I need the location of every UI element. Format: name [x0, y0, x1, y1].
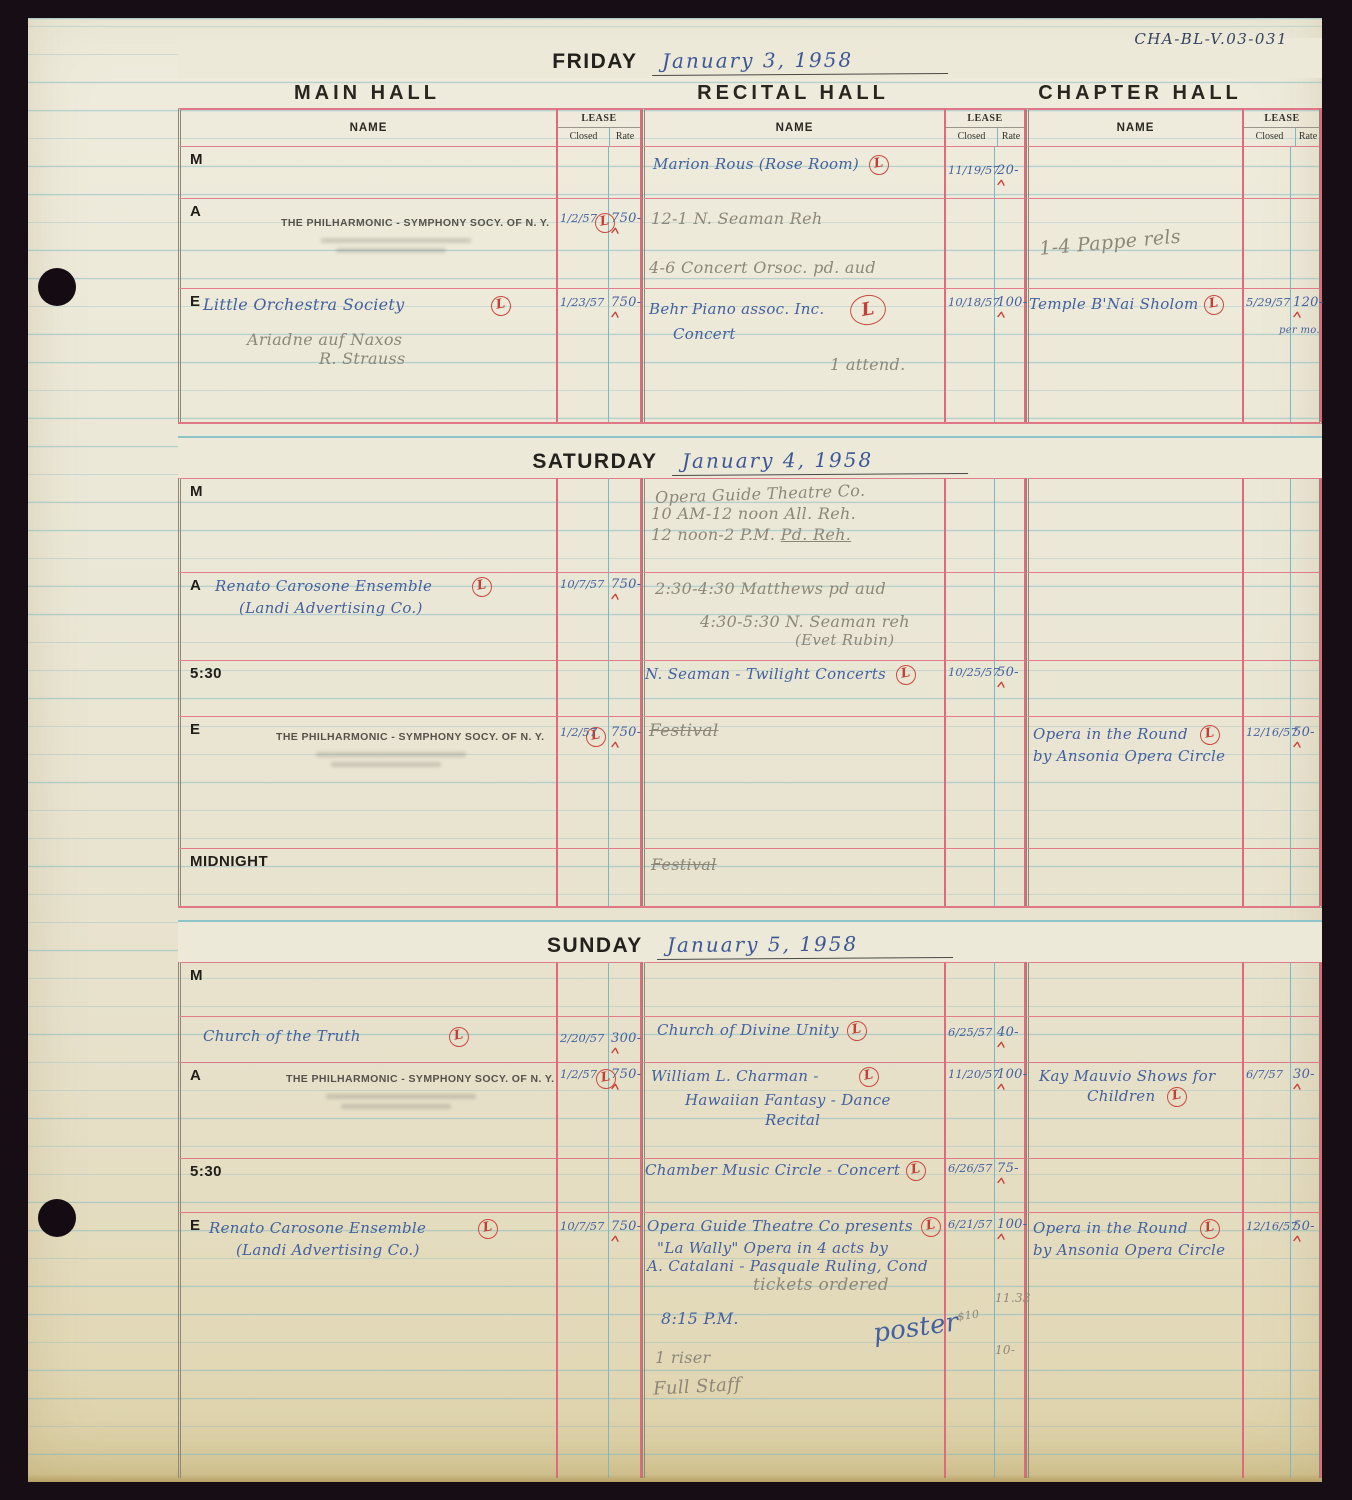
entry-line: Renato Carosone EnsembleL	[209, 1219, 556, 1239]
lease-closed-cell-recital	[944, 572, 994, 660]
stamp-smudge	[341, 1104, 451, 1109]
entry-text: Pd. Reh.	[781, 525, 852, 544]
entry-line: Hawaiian Fantasy - Dance	[685, 1091, 944, 1109]
time-label: MIDNIGHT	[190, 853, 268, 870]
lease-rate-cell-recital	[994, 962, 1026, 1016]
lease-closed-value: 1/2/57	[560, 1067, 608, 1081]
check-mark: ＾	[606, 1045, 625, 1060]
entry-line: Kay Mauvio Shows for	[1039, 1067, 1242, 1085]
header-name-cell: NAME	[1026, 108, 1242, 146]
name-cell-main: 5:30	[178, 660, 556, 716]
archive-code: CHA-BL-V.03-031	[1134, 30, 1288, 48]
entry-text: THE PHILHARMONIC - SYMPHONY SOCY. OF N. …	[276, 731, 544, 743]
time-label: E	[190, 721, 201, 738]
entry-line: Opera in the RoundL	[1033, 1219, 1242, 1239]
entry-text: Opera Guide Theatre Co presents	[647, 1217, 913, 1235]
circle-l-mark: L	[471, 575, 494, 598]
header-closed-label: Closed	[946, 128, 998, 146]
entry-text: THE PHILHARMONIC - SYMPHONY SOCY. OF N. …	[281, 217, 549, 229]
entry-line: R. Strauss	[319, 349, 556, 368]
circle-l-mark: L	[894, 663, 917, 686]
entry-text: Behr Piano assoc. Inc.	[649, 300, 824, 318]
name-cell-recital: 2:30-4:30 Matthews pd aud4:30-5:30 N. Se…	[642, 572, 944, 660]
date-value: January 3, 1958	[651, 47, 947, 76]
entry-text: THE PHILHARMONIC - SYMPHONY SOCY. OF N. …	[286, 1073, 554, 1085]
name-cell-chapter: Opera in the RoundLby Ansonia Opera Circ…	[1026, 716, 1242, 848]
circle-l-mark: L	[848, 292, 889, 328]
name-cell-chapter	[1026, 848, 1242, 906]
name-cell-main: 5:30	[178, 1158, 556, 1212]
name-cell-chapter	[1026, 478, 1242, 572]
circle-l-mark: L	[1203, 293, 1226, 316]
name-cell-recital	[642, 962, 944, 1016]
entry-text: Temple B'Nai Sholom	[1029, 295, 1198, 313]
name-cell-main: ETHE PHILHARMONIC - SYMPHONY SOCY. OF N.…	[178, 716, 556, 848]
name-cell-chapter	[1026, 1016, 1242, 1062]
ledger-content: FRIDAYJanuary 3, 1958MAIN HALLRECITAL HA…	[178, 18, 1322, 1478]
lease-rate-cell-main: 750-＾	[608, 288, 642, 422]
lease-closed-cell-recital	[944, 478, 994, 572]
entry-line: (Evet Rubin)	[795, 631, 944, 649]
ledger-table: MOpera Guide Theatre Co.10 AM-12 noon Al…	[178, 478, 1322, 908]
lease-closed-cell-recital	[944, 962, 994, 1016]
entry-line: Little Orchestra SocietyL	[203, 295, 556, 316]
lease-rate-value: 100-	[997, 1067, 1024, 1082]
lease-rate-cell-chapter: 120-＾per mo.	[1290, 288, 1322, 422]
ledger-row: M	[178, 962, 1319, 1016]
ledger-row: ATHE PHILHARMONIC - SYMPHONY SOCY. OF N.…	[178, 1062, 1319, 1158]
time-label: M	[190, 151, 203, 168]
entry-text: Children	[1087, 1087, 1155, 1105]
lease-closed-value: 6/25/57	[948, 1025, 994, 1039]
name-cell-main: ATHE PHILHARMONIC - SYMPHONY SOCY. OF N.…	[178, 1062, 556, 1158]
name-cell-main: ATHE PHILHARMONIC - SYMPHONY SOCY. OF N.…	[178, 198, 556, 288]
entry-text: Opera in the Round	[1033, 725, 1188, 743]
header-lease-label: LEASE	[558, 110, 640, 128]
lease-closed-value: 11/19/57	[948, 163, 994, 177]
lease-closed-cell-chapter: 5/29/57	[1242, 288, 1290, 422]
ledger-table: NAMELEASEClosedRateNAMELEASEClosedRateNA…	[178, 108, 1322, 424]
lease-closed-cell-chapter	[1242, 146, 1290, 198]
ledger-table: MChurch of the TruthL2/20/57300-＾Church …	[178, 962, 1322, 1478]
hall-title: MAIN HALL	[178, 82, 556, 105]
name-cell-recital: Behr Piano assoc. Inc.LConcert1 attend.	[642, 288, 944, 422]
lease-closed-cell-chapter	[1242, 848, 1290, 906]
entry-text: 1 riser	[655, 1348, 710, 1367]
check-mark: ＾	[606, 591, 625, 606]
lease-rate-value: 750-	[611, 211, 640, 226]
lease-rate-cell-recital: 75-＾	[994, 1158, 1026, 1212]
time-label: 5:30	[190, 1163, 222, 1180]
entry-line: Opera Guide Theatre Co presentsL	[647, 1217, 944, 1237]
circle-l-mark: L	[1166, 1085, 1189, 1108]
name-cell-chapter	[1026, 1158, 1242, 1212]
entry-line: Concert	[673, 325, 944, 343]
check-mark: ＾	[1288, 309, 1307, 324]
name-cell-chapter: 1-4 Pappe rels	[1026, 198, 1242, 288]
check-mark: ＾	[1288, 1081, 1307, 1096]
lease-rate-cell-chapter	[1290, 572, 1322, 660]
lease-rate-cell-main: 750-＾	[608, 198, 642, 288]
lease-rate-cell-chapter	[1290, 1158, 1322, 1212]
section-band: SATURDAYJanuary 4, 1958	[178, 436, 1322, 478]
lease-extra-value: per mo.	[1279, 325, 1320, 336]
ledger-row: ERenato Carosone EnsembleL(Landi Adverti…	[178, 1212, 1319, 1478]
header-closed-label: Closed	[1244, 128, 1296, 146]
lease-closed-value: 2/20/57	[560, 1031, 608, 1045]
name-cell-main: M	[178, 962, 556, 1016]
header-lease-label: LEASE	[946, 110, 1024, 128]
entry-line: 12 noon-2 P.M. Pd. Reh.	[651, 525, 944, 544]
header-lease-cell: LEASEClosedRate	[556, 108, 642, 146]
entry-text: Festival	[651, 855, 717, 874]
lease-closed-cell-recital	[944, 716, 994, 848]
name-cell-chapter	[1026, 660, 1242, 716]
hole-punch	[38, 268, 76, 306]
entry-text: Ariadne auf Naxos	[247, 330, 402, 349]
hall-title: RECITAL HALL	[642, 82, 944, 105]
lease-closed-cell-main: 1/2/57	[556, 1062, 608, 1158]
header-name-label: NAME	[776, 122, 814, 134]
header-lease-label: LEASE	[1244, 110, 1320, 128]
name-cell-recital: Opera Guide Theatre Co.10 AM-12 noon All…	[642, 478, 944, 572]
entry-line: Chamber Music Circle - ConcertL	[645, 1161, 944, 1181]
hole-punch	[38, 1199, 76, 1237]
lease-rate-cell-recital	[994, 572, 1026, 660]
circle-l-mark: L	[489, 294, 512, 317]
header-rate-label: Rate	[610, 128, 640, 146]
lease-rate-cell-main	[608, 146, 642, 198]
ledger-row: 5:30N. Seaman - Twilight ConcertsL10/25/…	[178, 660, 1319, 716]
entry-text: (Landi Advertising Co.)	[236, 1241, 420, 1259]
lease-rate-value: 750-	[611, 1219, 640, 1234]
lease-rate-cell-chapter: 50-＾	[1290, 1212, 1322, 1478]
lease-rate-cell-main: 750-＾	[608, 1212, 642, 1478]
entry-line: Temple B'Nai SholomL	[1029, 295, 1242, 315]
entry-text: 2:30-4:30 Matthews pd aud	[655, 579, 886, 598]
lease-rate-value: 100-	[997, 1217, 1024, 1232]
lease-rate-value: 50-	[997, 665, 1024, 680]
entry-text: A. Catalani - Pasquale Ruling, Cond	[647, 1257, 928, 1275]
lease-closed-cell-recital: 10/18/57	[944, 288, 994, 422]
lease-rate-cell-recital: 40-＾	[994, 1016, 1026, 1062]
lease-closed-value: 10/7/57	[560, 1219, 608, 1233]
entry-text: Festival	[649, 721, 719, 741]
lease-closed-cell-chapter	[1242, 1158, 1290, 1212]
name-cell-recital: Church of Divine UnityL	[642, 1016, 944, 1062]
entry-text: Recital	[765, 1111, 820, 1129]
check-mark: ＾	[992, 1081, 1011, 1096]
lease-rate-value: 40-	[997, 1025, 1024, 1040]
name-cell-recital: Opera Guide Theatre Co presentsL"La Wall…	[642, 1212, 944, 1478]
name-cell-recital: 12-1 N. Seaman Reh4-6 Concert Orsoc. pd.…	[642, 198, 944, 288]
lease-closed-cell-recital	[944, 848, 994, 906]
lease-extra-value: 10-	[995, 1343, 1024, 1357]
lease-rate-cell-chapter	[1290, 146, 1322, 198]
hall-title: CHAPTER HALL	[992, 82, 1288, 105]
lease-rate-value: 75-	[997, 1161, 1024, 1176]
lease-closed-cell-chapter	[1242, 1016, 1290, 1062]
name-cell-main: ARenato Carosone EnsembleL(Landi Adverti…	[178, 572, 556, 660]
entry-text: William L. Charman -	[651, 1067, 819, 1085]
check-mark: ＾	[1288, 1233, 1307, 1248]
entry-line: THE PHILHARMONIC - SYMPHONY SOCY. OF N. …	[276, 727, 556, 747]
lease-rate-cell-main: 750-＾	[608, 1062, 642, 1158]
section-band: SUNDAYJanuary 5, 1958	[178, 920, 1322, 962]
name-cell-main: Church of the TruthL	[178, 1016, 556, 1062]
lease-rate-cell-recital	[994, 198, 1026, 288]
check-mark: ＾	[606, 1233, 625, 1248]
ledger-row: MMarion Rous (Rose Room)L11/19/5720-＾	[178, 146, 1319, 198]
lease-closed-cell-main	[556, 1158, 608, 1212]
entry-text: "La Wally" Opera in 4 acts by	[657, 1239, 888, 1257]
name-cell-chapter	[1026, 962, 1242, 1016]
lease-rate-cell-chapter: 50-＾	[1290, 716, 1322, 848]
column-header-row: NAMELEASEClosedRateNAMELEASEClosedRateNA…	[178, 108, 1319, 146]
name-cell-chapter: Kay Mauvio Shows forChildrenL	[1026, 1062, 1242, 1158]
header-name-cell: NAME	[178, 108, 556, 146]
lease-closed-value: 6/7/57	[1246, 1067, 1290, 1081]
entry-line: Marion Rous (Rose Room)L	[653, 155, 944, 175]
header-lease-sub: ClosedRate	[1244, 128, 1320, 146]
lease-closed-cell-chapter	[1242, 572, 1290, 660]
name-cell-main: MIDNIGHT	[178, 848, 556, 906]
entry-line: 12-1 N. Seaman Reh	[651, 209, 944, 228]
name-cell-chapter	[1026, 572, 1242, 660]
entry-text: 10 AM-12 noon All. Reh.	[651, 504, 856, 523]
entry-line: Opera Guide Theatre Co.	[655, 478, 944, 507]
lease-rate-cell-recital: 100-＾	[994, 288, 1026, 422]
entry-line: 1 riser	[655, 1348, 944, 1367]
entry-line: Festival	[649, 721, 944, 741]
entry-text: Church of Divine Unity	[657, 1021, 839, 1039]
day-label: SATURDAY	[532, 450, 657, 475]
lease-rate-cell-chapter	[1290, 1016, 1322, 1062]
entry-text: Kay Mauvio Shows for	[1039, 1067, 1215, 1085]
entry-text: by Ansonia Opera Circle	[1033, 747, 1225, 765]
lease-rate-value: 20-	[997, 163, 1024, 178]
lease-closed-cell-chapter	[1242, 478, 1290, 572]
entry-line: 4:30-5:30 N. Seaman reh	[700, 612, 944, 631]
lease-rate-cell-chapter	[1290, 478, 1322, 572]
check-mark: ＾	[606, 309, 625, 324]
ledger-row: Church of the TruthL2/20/57300-＾Church o…	[178, 1016, 1319, 1062]
lease-rate-cell-recital: 100-＾	[994, 1062, 1026, 1158]
header-name-cell: NAME	[642, 108, 944, 146]
entry-text: 1-4 Pappe rels	[1038, 226, 1181, 260]
entry-line: 4-6 Concert Orsoc. pd. aud	[649, 258, 944, 277]
entry-line: Church of the TruthL	[203, 1027, 556, 1047]
ledger-row: ELittle Orchestra SocietyLAriadne auf Na…	[178, 288, 1319, 422]
lease-rate-value: 300-	[611, 1031, 640, 1046]
entry-line: "La Wally" Opera in 4 acts by	[657, 1239, 944, 1257]
entry-text: Chamber Music Circle - Concert	[645, 1161, 900, 1179]
lease-rate-value: 30-	[1293, 1067, 1320, 1082]
lease-closed-value: 10/18/57	[948, 295, 994, 309]
stamp-smudge	[331, 762, 441, 767]
lease-rate-cell-recital	[994, 716, 1026, 848]
lease-closed-cell-main: 10/7/57	[556, 572, 608, 660]
check-mark: ＾	[992, 309, 1011, 324]
entry-text: 4:30-5:30 N. Seaman reh	[700, 612, 910, 631]
entry-text: Renato Carosone Ensemble	[215, 577, 432, 595]
name-cell-recital: Chamber Music Circle - ConcertL	[642, 1158, 944, 1212]
lease-closed-cell-main	[556, 660, 608, 716]
entry-line: 1 attend.	[830, 355, 944, 374]
name-cell-recital: Festival	[642, 848, 944, 906]
entry-line: 1-4 Pappe rels	[1038, 220, 1242, 260]
lease-closed-cell-chapter: 12/16/57	[1242, 716, 1290, 848]
entry-text: 12-1 N. Seaman Reh	[651, 209, 822, 228]
lease-rate-cell-recital: 100-＾11.3310-	[994, 1212, 1026, 1478]
lease-closed-value: 1/23/57	[560, 295, 608, 309]
lease-rate-cell-main: 750-＾	[608, 716, 642, 848]
check-mark: ＾	[992, 1175, 1011, 1190]
stamp-smudge	[316, 752, 466, 757]
lease-rate-cell-main	[608, 848, 642, 906]
day-label: FRIDAY	[552, 50, 637, 75]
lease-closed-cell-main: 10/7/57	[556, 1212, 608, 1478]
lease-closed-cell-main	[556, 478, 608, 572]
entry-text: Little Orchestra Society	[203, 295, 405, 314]
stamp-smudge	[336, 248, 446, 253]
entry-line: A. Catalani - Pasquale Ruling, Cond	[647, 1257, 944, 1275]
ledger-row: ATHE PHILHARMONIC - SYMPHONY SOCY. OF N.…	[178, 198, 1319, 288]
lease-rate-cell-main	[608, 478, 642, 572]
name-cell-main: ELittle Orchestra SocietyLAriadne auf Na…	[178, 288, 556, 422]
check-mark: ＾	[992, 1039, 1011, 1054]
lease-closed-cell-chapter: 6/7/57	[1242, 1062, 1290, 1158]
entry-line: ChildrenL	[1087, 1087, 1242, 1107]
entry-line: Renato Carosone EnsembleL	[215, 577, 556, 597]
entry-line: Full Staff	[653, 1363, 945, 1399]
circle-l-mark: L	[1198, 1217, 1221, 1240]
day-label: SUNDAY	[547, 934, 643, 959]
ledger-row: 5:30Chamber Music Circle - ConcertL6/26/…	[178, 1158, 1319, 1212]
time-label: M	[190, 483, 203, 500]
entry-text: 1 attend.	[830, 355, 905, 374]
lease-extra-value: 11.33	[995, 1291, 1024, 1305]
lease-closed-cell-main: 2/20/57	[556, 1016, 608, 1062]
entry-line: Opera in the RoundL	[1033, 725, 1242, 745]
entry-line: William L. Charman -L	[651, 1067, 944, 1087]
lease-closed-cell-recital: 6/21/57	[944, 1212, 994, 1478]
entry-line: Church of Divine UnityL	[657, 1021, 944, 1041]
lease-closed-cell-chapter	[1242, 660, 1290, 716]
name-cell-chapter: Opera in the RoundLby Ansonia Opera Circ…	[1026, 1212, 1242, 1478]
check-mark: ＾	[1288, 739, 1307, 754]
lease-rate-value: 120-	[1293, 295, 1320, 310]
entry-line: (Landi Advertising Co.)	[236, 1241, 556, 1259]
lease-closed-cell-main: 1/2/57	[556, 716, 608, 848]
lease-closed-cell-chapter	[1242, 198, 1290, 288]
lease-rate-cell-main	[608, 962, 642, 1016]
entry-text: 8:15 P.M.	[661, 1309, 739, 1328]
circle-l-mark: L	[447, 1025, 470, 1048]
lease-closed-value: 1/2/57	[560, 725, 608, 739]
lease-closed-cell-main	[556, 848, 608, 906]
lease-rate-cell-chapter	[1290, 198, 1322, 288]
circle-l-mark: L	[1198, 723, 1221, 746]
entry-line: N. Seaman - Twilight ConcertsL	[645, 665, 944, 685]
entry-text: 12 noon-2 P.M.	[651, 525, 781, 544]
name-cell-main: ERenato Carosone EnsembleL(Landi Adverti…	[178, 1212, 556, 1478]
circle-l-mark: L	[477, 1217, 500, 1240]
lease-closed-value: 10/25/57	[948, 665, 994, 679]
ledger-row: MIDNIGHTFestival	[178, 848, 1319, 906]
name-cell-main: M	[178, 478, 556, 572]
lease-closed-value: 5/29/57	[1246, 295, 1290, 309]
name-cell-recital: William L. Charman -LHawaiian Fantasy - …	[642, 1062, 944, 1158]
entry-line: (Landi Advertising Co.)	[239, 599, 556, 617]
lease-closed-cell-recital: 6/25/57	[944, 1016, 994, 1062]
lease-closed-value: 11/20/57	[948, 1067, 994, 1081]
header-name-label: NAME	[1117, 122, 1155, 134]
lease-rate-cell-recital	[994, 848, 1026, 906]
circle-l-mark: L	[845, 1019, 868, 1042]
time-label: A	[190, 203, 201, 220]
circle-l-mark: L	[905, 1159, 928, 1182]
date-value: January 5, 1958	[657, 931, 953, 960]
entry-line: THE PHILHARMONIC - SYMPHONY SOCY. OF N. …	[281, 213, 556, 233]
lease-closed-cell-main	[556, 146, 608, 198]
lease-rate-value: 50-	[1293, 725, 1320, 740]
circle-l-mark: L	[919, 1215, 942, 1238]
lease-closed-cell-recital: 11/20/57	[944, 1062, 994, 1158]
lease-rate-cell-chapter	[1290, 962, 1322, 1016]
lease-rate-value: 750-	[611, 577, 640, 592]
lease-rate-value: 750-	[611, 725, 640, 740]
lease-rate-value: 750-	[611, 1067, 640, 1082]
lease-closed-value: 10/7/57	[560, 577, 608, 591]
lease-rate-cell-recital: 50-＾	[994, 660, 1026, 716]
entry-line: Festival	[651, 855, 944, 874]
check-mark: ＾	[992, 177, 1011, 192]
entry-text: 4-6 Concert Orsoc. pd. aud	[649, 258, 876, 277]
lease-closed-cell-main: 1/2/57	[556, 198, 608, 288]
entry-line: Behr Piano assoc. Inc.L	[649, 295, 944, 325]
time-label: 5:30	[190, 665, 222, 682]
time-label: E	[190, 293, 201, 310]
lease-rate-cell-chapter	[1290, 660, 1322, 716]
entry-text: Opera in the Round	[1033, 1219, 1188, 1237]
lease-closed-cell-main: 1/23/57	[556, 288, 608, 422]
entry-text: Full Staff	[653, 1374, 742, 1400]
entry-text: Marion Rous (Rose Room)	[653, 155, 859, 173]
entry-text: Concert	[673, 325, 736, 343]
time-label: M	[190, 967, 203, 984]
entry-text: Church of the Truth	[203, 1027, 361, 1045]
lease-closed-value: 12/16/57	[1246, 725, 1290, 739]
header-closed-label: Closed	[558, 128, 610, 146]
hall-titles-row: MAIN HALLRECITAL HALLCHAPTER HALL	[178, 78, 1322, 108]
ledger-row: ETHE PHILHARMONIC - SYMPHONY SOCY. OF N.…	[178, 716, 1319, 848]
lease-rate-value: 100-	[997, 295, 1024, 310]
lease-rate-cell-recital: 20-＾	[994, 146, 1026, 198]
header-lease-cell: LEASEClosedRate	[1242, 108, 1322, 146]
lease-closed-cell-recital	[944, 198, 994, 288]
lease-rate-cell-chapter: 30-＾	[1290, 1062, 1322, 1158]
lease-rate-cell-main	[608, 1158, 642, 1212]
entry-line: THE PHILHARMONIC - SYMPHONY SOCY. OF N. …	[286, 1069, 556, 1089]
header-lease-sub: ClosedRate	[946, 128, 1024, 146]
entry-line: by Ansonia Opera Circle	[1033, 1241, 1242, 1259]
lease-closed-value: 6/21/57	[948, 1217, 994, 1231]
entry-line: 10 AM-12 noon All. Reh.	[651, 504, 944, 523]
header-rate-label: Rate	[998, 128, 1024, 146]
entry-text: (Evet Rubin)	[795, 631, 894, 649]
entry-text: R. Strauss	[319, 349, 406, 368]
